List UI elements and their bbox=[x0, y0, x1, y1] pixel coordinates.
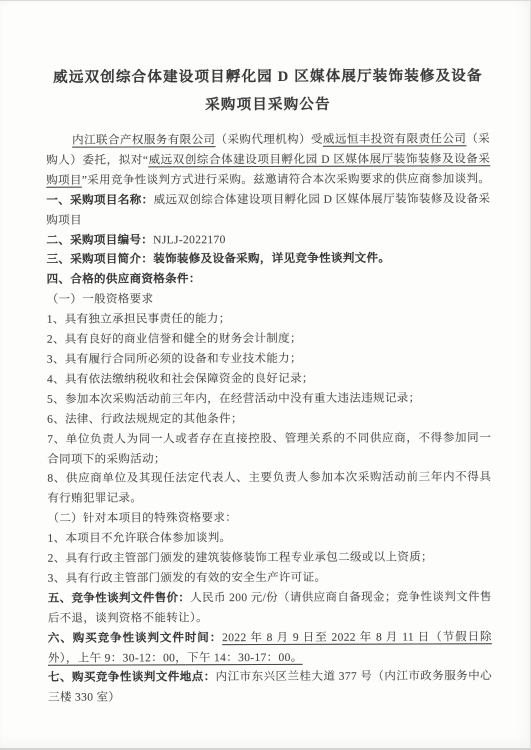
general-rule-1: 1、具有独立承担民事责任的能力； bbox=[47, 309, 491, 330]
item-project-name-label: 一、采购项目名称： bbox=[46, 194, 153, 206]
item-qualification-label: 四、合格的供应商资格条件： bbox=[47, 274, 201, 287]
scanned-document-page: 威远双创综合体建设项目孵化园 D 区媒体展厅装饰装修及设备 采购项目采购公告 内… bbox=[0, 0, 531, 750]
document-content: 威远双创综合体建设项目孵化园 D 区媒体展厅装饰装修及设备 采购项目采购公告 内… bbox=[46, 62, 492, 709]
general-rule-7: 7、单位负责人为同一人或者存在直接控股、管理关系的不同供应商，不得参加同一合同项… bbox=[47, 429, 491, 470]
page-title-line-2: 采购项目采购公告 bbox=[46, 90, 490, 120]
item-purchase-location-label: 七、购买竞争性谈判文件地点： bbox=[48, 672, 216, 685]
item-document-price-label: 五、竞争性谈判文件售价： bbox=[48, 592, 191, 604]
item-project-number-label: 二、采购项目编号： bbox=[46, 234, 153, 246]
item-project-summary-label: 三、采购项目简介： bbox=[47, 254, 154, 266]
item-purchase-location: 七、购买竞争性谈判文件地点：内江市东兴区兰桂大道 377 号（内江市政务服务中心… bbox=[48, 668, 492, 709]
page-title-line-1: 威远双创综合体建设项目孵化园 D 区媒体展厅装饰装修及设备 bbox=[46, 62, 490, 92]
general-rule-4: 4、具有依法缴纳税收和社会保障资金的良好记录； bbox=[47, 369, 491, 390]
item-project-number-value: NJLJ-2022170 bbox=[153, 234, 226, 246]
intro-paragraph: 内江联合产权服务有限公司（采购代理机构）受威远恒丰投资有限责任公司（采购人）委托… bbox=[46, 130, 490, 191]
item-project-number: 二、采购项目编号：NJLJ-2022170 bbox=[46, 230, 490, 251]
special-rule-1: 1、本项目不允许联合体参加谈判。 bbox=[48, 528, 492, 549]
agency-name: 内江联合产权服务有限公司 bbox=[72, 134, 215, 147]
item-purchase-time-label: 六、购买竞争性谈判文件时间： bbox=[48, 632, 222, 645]
item-project-name: 一、采购项目名称：威远双创综合体建设项目孵化园 D 区媒体展厅装饰装修及设备采购… bbox=[46, 190, 490, 231]
special-rule-3: 3、具有行政主管部门颁发的有效的安全生产许可证。 bbox=[48, 568, 492, 589]
item-document-price: 五、竞争性谈判文件售价：人民币 200 元/份（请供应商自备现金；竞争性谈判文件… bbox=[48, 588, 492, 629]
general-rule-3: 3、具有履行合同所必须的设备和专业技术能力； bbox=[47, 349, 491, 370]
special-requirements-heading: （二）针对本项目的特殊资格要求： bbox=[47, 508, 491, 529]
general-rule-2: 2、具有良好的商业信誉和健全的财务会计制度； bbox=[47, 329, 491, 350]
agency-role: （采购代理机构）受 bbox=[215, 134, 323, 146]
item-purchase-time: 六、购买竞争性谈判文件时间：2022 年 8 月 9 日至 2022 年 8 月… bbox=[48, 628, 492, 669]
item-project-summary-value: 装饰装修及设备采购，详见竞争性谈判文件。 bbox=[153, 253, 390, 266]
special-rule-2: 2、具有行政主管部门颁发的建筑装修装饰工程专业承包二级或以上资质； bbox=[48, 548, 492, 569]
general-rule-8: 8、供应商单位及其现任法定代表人、主要负责人参加本次采购活动前三年内不得具有行贿… bbox=[47, 469, 491, 510]
purchaser-name: 威远恒丰投资有限责任公司 bbox=[323, 133, 466, 146]
general-rule-6: 6、法律、行政法规规定的其他条件； bbox=[47, 409, 491, 430]
item-qualification-heading: 四、合格的供应商资格条件： bbox=[47, 270, 491, 291]
page-title: 威远双创综合体建设项目孵化园 D 区媒体展厅装饰装修及设备 采购项目采购公告 bbox=[46, 62, 490, 120]
closing-text: ”采用竞争性谈判方式进行采购。兹邀请符合本次采购要求的供应商参加谈判。 bbox=[82, 173, 490, 186]
item-project-summary: 三、采购项目简介：装饰装修及设备采购，详见竞争性谈判文件。 bbox=[47, 250, 491, 271]
general-requirements-heading: （一）一般资格要求 bbox=[47, 289, 491, 310]
general-rule-5: 5、参加本次采购活动前三年内，在经营活动中没有重大违法违规记录； bbox=[47, 389, 491, 410]
